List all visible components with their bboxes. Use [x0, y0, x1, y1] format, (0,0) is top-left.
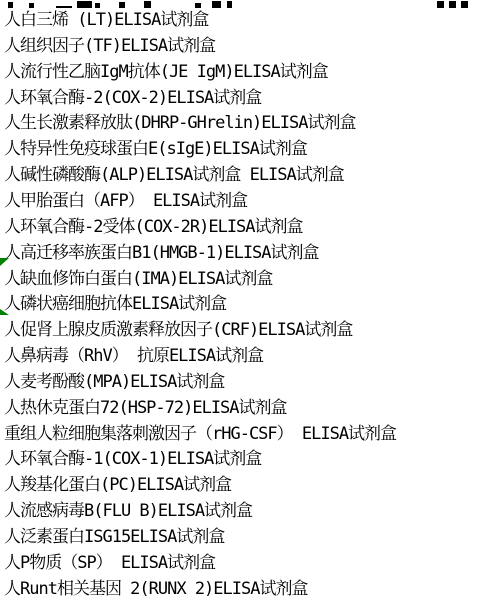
product-list-item: 人促肾上腺皮质激素释放因子(CRF)ELISA试剂盒 — [4, 321, 352, 340]
product-list-page: 人白三烯 (LT)ELISA试剂盒人组织因子(TF)ELISA试剂盒人流行性乙脑… — [0, 0, 480, 608]
product-list-item: 人泛素蛋白ISG15ELISA试剂盒 — [4, 528, 224, 547]
product-list-item: 人生长激素释放肽(DHRP-GHrelin)ELISA试剂盒 — [4, 114, 355, 133]
clipped-character-stroke — [461, 1, 468, 8]
product-list-item: 人P物质（SP） ELISA试剂盒 — [4, 554, 215, 573]
clipped-character-stroke — [144, 1, 151, 8]
clipped-character-stroke — [77, 1, 92, 8]
product-list-item: 人缺血修饰白蛋白(IMA)ELISA试剂盒 — [4, 270, 272, 289]
product-list-item: 人鼻病毒（RhV） 抗原ELISA试剂盒 — [4, 347, 263, 366]
product-list-item: 人环氧合酶-2受体(COX-2R)ELISA试剂盒 — [4, 218, 303, 237]
product-list-item: 人组织因子(TF)ELISA试剂盒 — [4, 37, 215, 56]
product-list-item: 人流行性乙脑IgM抗体(JE IgM)ELISA试剂盒 — [4, 63, 328, 82]
clipped-character-stroke — [8, 2, 13, 8]
clipped-character-stroke — [212, 1, 221, 8]
product-list-item: 人羧基化蛋白(PC)ELISA试剂盒 — [4, 476, 231, 495]
clipped-character-stroke — [95, 3, 100, 8]
clipped-character-stroke — [227, 1, 232, 8]
product-list-item: 人特异性免疫球蛋白E(sIgE)ELISA试剂盒 — [4, 140, 307, 159]
product-list-item: 人白三烯 (LT)ELISA试剂盒 — [4, 11, 208, 30]
product-list-item: 人甲胎蛋白（AFP） ELISA试剂盒 — [4, 192, 247, 211]
clipped-character-stroke — [119, 2, 125, 8]
product-list-item: 人热休克蛋白72(HSP-72)ELISA试剂盒 — [4, 399, 287, 418]
product-list-item: 人环氧合酶-1(COX-1)ELISA试剂盒 — [4, 450, 261, 469]
product-list-item: 人麦考酚酸(MPA)ELISA试剂盒 — [4, 373, 224, 392]
clipped-character-stroke — [437, 1, 444, 8]
product-list-item: 人Runt相关基因 2(RUNX 2)ELISA试剂盒 — [4, 580, 307, 599]
clipped-character-stroke — [29, 3, 34, 8]
product-list-item: 人碱性磷酸酶(ALP)ELISA试剂盒 ELISA试剂盒 — [4, 166, 344, 185]
clipped-character-stroke — [56, 6, 72, 8]
clipped-character-stroke — [195, 3, 201, 8]
clipped-character-stroke — [449, 1, 456, 8]
product-list-item: 人环氧合酶-2(COX-2)ELISA试剂盒 — [4, 89, 261, 108]
product-list-item: 人高迁移率族蛋白B1(HMGB-1)ELISA试剂盒 — [4, 244, 319, 263]
product-list-item: 重组人粒细胞集落刺激因子（rHG-CSF） ELISA试剂盒 — [4, 425, 396, 444]
product-list-item: 人流感病毒B(FLU B)ELISA试剂盒 — [4, 502, 252, 521]
product-list-item: 人磷状癌细胞抗体ELISA试剂盒 — [4, 295, 226, 314]
